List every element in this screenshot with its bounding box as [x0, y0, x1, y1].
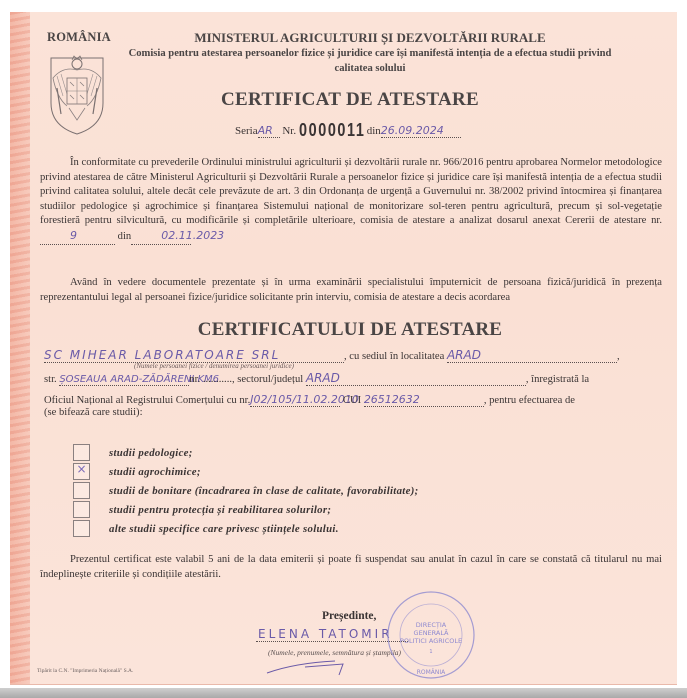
- request-date: 02.11.2023: [131, 229, 191, 245]
- study-checkbox[interactable]: [73, 520, 90, 537]
- president-label: Președinte,: [322, 610, 376, 622]
- din-label: din: [367, 125, 381, 137]
- certificate-title-2: CERTIFICATULUI DE ATESTARE: [140, 319, 560, 341]
- study-label: studii pedologice;: [109, 447, 193, 459]
- check-mark-icon: ×: [74, 462, 89, 476]
- study-checkbox[interactable]: [73, 501, 90, 518]
- scan-bottom-edge: [0, 688, 687, 698]
- study-label: studii pentru protecția și reabilitarea …: [109, 504, 331, 516]
- cui-value: 26512632: [364, 393, 484, 407]
- coat-of-arms-icon: [43, 48, 111, 136]
- official-stamp-icon: DIRECȚIA GENERALĂ POLITICI AGRICOLE 1 RO…: [386, 590, 476, 680]
- certificate-title: CERTIFICAT DE ATESTARE: [150, 89, 550, 111]
- country-label: ROMÂNIA: [47, 30, 111, 45]
- study-checkbox[interactable]: [73, 444, 90, 461]
- decision-paragraph: Având în vedere documentele prezentate ș…: [40, 276, 662, 305]
- street-label: str.: [44, 374, 57, 385]
- legal-basis-paragraph: În conformitate cu prevederile Ordinului…: [40, 156, 662, 245]
- commission-name: Comisia pentru atestarea persoanelor fiz…: [110, 46, 630, 76]
- nr-county-label: nr. ..........., sectorul/județul: [189, 374, 303, 385]
- issue-date: 26.09.2024: [381, 124, 461, 138]
- registry-label: Oficiul Național al Registrului Comerțul…: [44, 395, 250, 406]
- purpose-label: , pentru efectuarea de: [484, 395, 575, 406]
- seat-label: , cu sediul în localitatea: [344, 351, 444, 362]
- check-hint: (se bifează care studii):: [44, 407, 143, 418]
- street: ȘOSEAUA ARAD-ZĂDĂRENI KM6: [59, 374, 189, 386]
- nr-label: Nr.: [282, 125, 296, 137]
- legal-basis-text: În conformitate cu prevederile Ordinului…: [40, 157, 662, 226]
- study-label: studii de bonitare (încadrarea în clase …: [109, 485, 418, 497]
- study-checkbox[interactable]: ×: [73, 463, 90, 480]
- signature-caption: (Numele, prenumele, semnătura și ștampil…: [268, 648, 401, 657]
- ministry-name: MINISTERUL AGRICULTURII ȘI DEZVOLTĂRII R…: [130, 30, 610, 46]
- validity-paragraph: Prezentul certificat este valabil 5 ani …: [40, 553, 662, 582]
- cui-label: CUI: [343, 395, 361, 406]
- registry-number: J02/105/11.02.2010: [250, 393, 340, 407]
- study-option: studii pedologice;: [73, 443, 418, 462]
- guilloche-border: [10, 12, 30, 684]
- serial-line: SeriaAR Nr. 0000011 din26.09.2024: [235, 120, 461, 141]
- svg-text:ROMÂNIA: ROMÂNIA: [417, 669, 446, 676]
- study-label: studii agrochimice;: [109, 466, 201, 478]
- svg-text:GENERALĂ: GENERALĂ: [414, 628, 449, 637]
- study-option: studii de bonitare (încadrarea în clase …: [73, 481, 418, 500]
- study-option: alte studii specifice care privesc știin…: [73, 519, 418, 538]
- holder-caption: (Numele persoanei fizice / denumirea per…: [134, 362, 294, 370]
- study-checkbox[interactable]: [73, 482, 90, 499]
- study-option: ×studii agrochimice;: [73, 462, 418, 481]
- request-number: 9: [40, 229, 115, 245]
- signature-icon: [265, 657, 355, 677]
- svg-text:1: 1: [429, 649, 432, 655]
- study-label: alte studii specifice care privesc știin…: [109, 523, 339, 535]
- registered-label: , înregistrată la: [526, 374, 589, 385]
- county: ARAD: [306, 371, 526, 386]
- holder-name: SC MIHEAR LABORATOARE SRL: [44, 348, 344, 363]
- serie-value: AR: [258, 124, 280, 138]
- certificate-number: 0000011: [299, 120, 365, 141]
- study-option: studii pentru protecția și reabilitarea …: [73, 500, 418, 519]
- request-din-label: din: [118, 231, 132, 242]
- printer-note: Tipărit la C.N. "Imprimeria Națională" S…: [37, 668, 133, 674]
- svg-text:POLITICI AGRICOLE: POLITICI AGRICOLE: [400, 637, 462, 645]
- serie-label: Seria: [235, 125, 258, 137]
- locality: ARAD: [447, 348, 617, 363]
- studies-checklist: studii pedologice;×studii agrochimice;st…: [73, 443, 418, 538]
